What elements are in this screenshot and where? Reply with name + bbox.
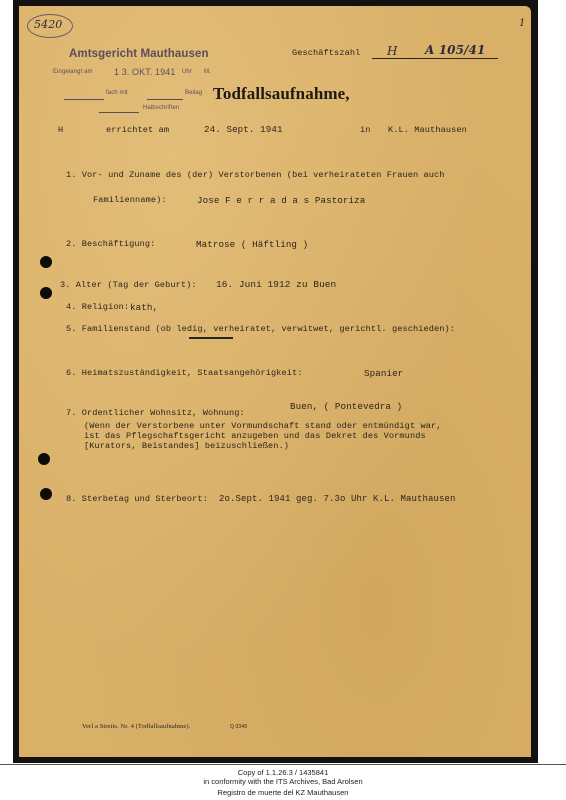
established-date: 24. Sept. 1941 xyxy=(204,124,283,135)
case-line xyxy=(372,58,498,59)
page-number: 1 xyxy=(519,18,525,29)
established-label: errichtet am xyxy=(106,125,169,135)
attachments-line xyxy=(147,99,183,100)
field-7-note-2: ist das Pflegschaftsgericht anzugeben un… xyxy=(84,431,426,441)
field-8-label: 8. Sterbetag und Sterbeort: xyxy=(66,494,208,504)
file-number: 5420 xyxy=(34,18,62,31)
established-place: K.L. Mauthausen xyxy=(388,125,467,135)
time-label: Uhr xyxy=(182,69,192,75)
field-7-value: Buen, ( Pontevedra ) xyxy=(290,401,402,412)
archive-description: Registro de muerte del KZ Mauthausen xyxy=(0,788,566,797)
field-2-value: Matrose ( Häftling ) xyxy=(196,239,308,250)
field-1-label: 1. Vor- und Zuname des (der) Verstorbene… xyxy=(66,170,445,180)
case-label: Geschäftszahl xyxy=(292,48,360,58)
field-6-value: Spanier xyxy=(364,368,403,379)
ledig-underline xyxy=(189,337,233,339)
attachments-label: Beilag xyxy=(185,90,202,96)
form-code: Q 0349 xyxy=(230,724,247,730)
court-stamp: Amtsgericht Mauthausen xyxy=(69,48,209,60)
punch-hole xyxy=(40,287,52,299)
field-2-label: 2. Beschäftigung: xyxy=(66,239,155,249)
case-prefix: H xyxy=(387,44,398,58)
case-number: A 105/41 xyxy=(425,43,485,57)
field-3-label: 3. Alter (Tag der Geburt): xyxy=(60,280,197,290)
received-date: 1 3. OKT. 1941 xyxy=(114,67,175,77)
minutes-label: M. xyxy=(204,69,211,75)
field-3-value: 16. Juni 1912 zu Buen xyxy=(216,279,336,290)
field-7-note-1: (Wenn der Verstorbene unter Vormundschaf… xyxy=(84,421,441,431)
established-prefix: H xyxy=(58,125,63,135)
archive-copy-line: Copy of 1.1.26.3 / 1435841 xyxy=(0,768,566,777)
field-6-label: 6. Heimatszuständigkeit, Staatsangehörig… xyxy=(66,368,303,378)
established-in: in xyxy=(360,125,371,135)
document-page: 5420 Amtsgericht Mauthausen Eingelangt a… xyxy=(19,6,531,757)
field-7-note-3: [Kurators, Beistandes] beizuschließen.) xyxy=(84,441,289,451)
punch-hole xyxy=(40,488,52,500)
field-8-value: 2o.Sept. 1941 geg. 7.3o Uhr K.L. Mauthau… xyxy=(219,494,456,504)
field-5-label: 5. Familienstand (ob ledig, verheiratet,… xyxy=(66,324,455,334)
form-footer-text: Verl a Streits. Nr. 4 (Todfallsaufnahme)… xyxy=(82,723,190,730)
field-4-value: kath, xyxy=(130,302,158,313)
field-1-label2: Familienname): xyxy=(93,195,167,205)
punch-hole xyxy=(40,256,52,268)
document-title: Todfallsaufnahme, xyxy=(213,84,350,104)
field-4-label: 4. Religion: xyxy=(66,302,129,312)
copies-label: fach mit xyxy=(106,90,128,96)
field-7-label: 7. Ordentlicher Wohnsitz, Wohnung: xyxy=(66,408,245,418)
copies2-label: Halbschriften xyxy=(143,105,179,111)
divider xyxy=(0,764,566,765)
received-label: Eingelangt am xyxy=(53,69,93,75)
field-1-value: Jose F e r r a d a s Pastoriza xyxy=(197,195,365,206)
archive-conformity-line: in conformity with the ITS Archives, Bad… xyxy=(0,777,566,786)
punch-hole xyxy=(38,453,50,465)
copies2-line xyxy=(99,112,139,113)
copies-line xyxy=(64,99,104,100)
